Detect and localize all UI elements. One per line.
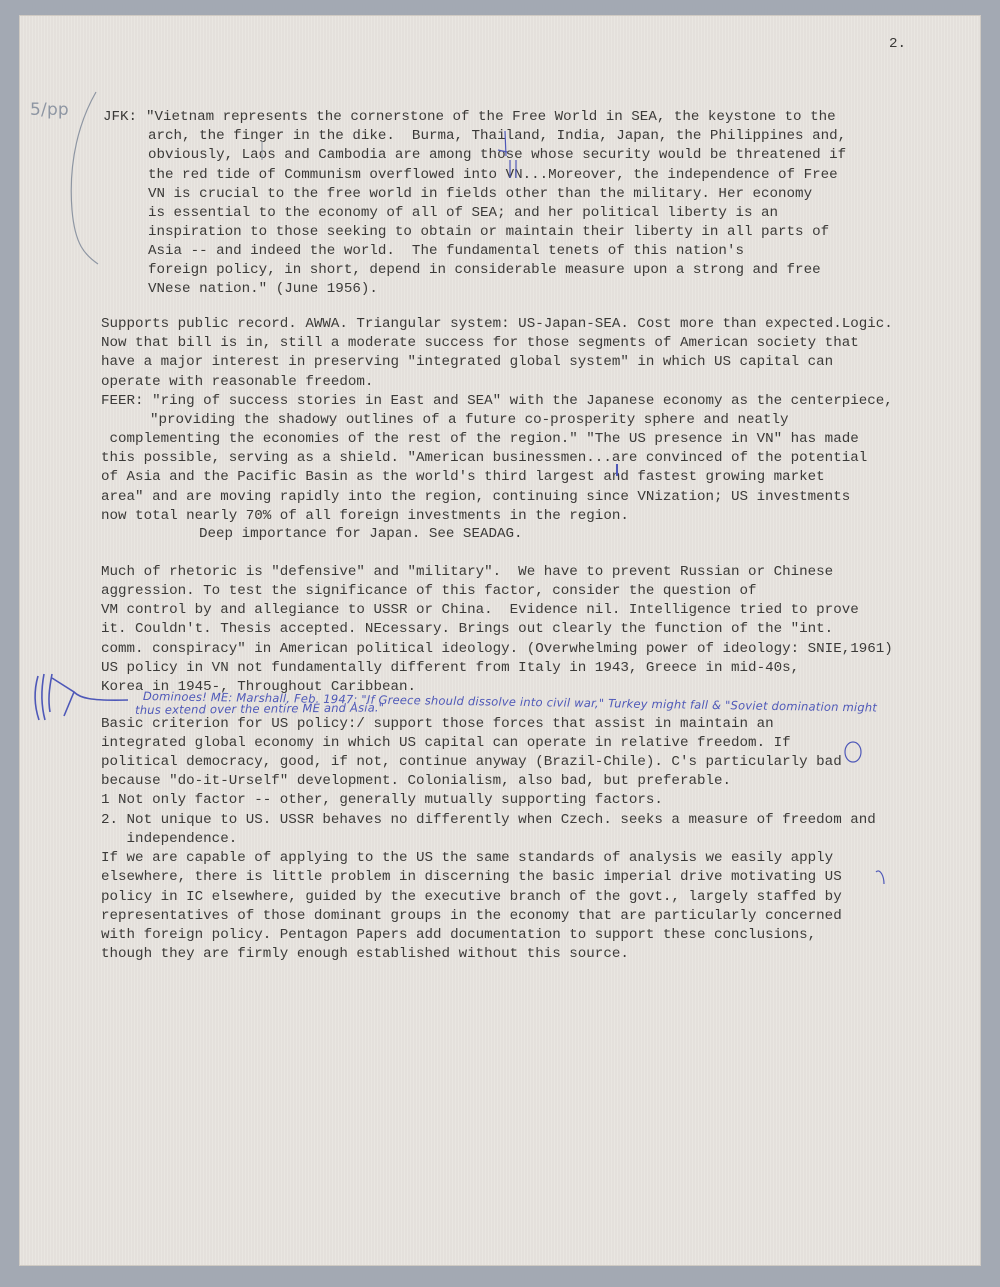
text-line: of Asia and the Pacific Basin as the wor… [101, 468, 825, 487]
text-line: Now that bill is in, still a moderate su… [101, 334, 859, 353]
text-line: 2. Not unique to US. USSR behaves no dif… [101, 811, 876, 830]
text-line: integrated global economy in which US ca… [101, 734, 791, 753]
text-line: 1 Not only factor -- other, generally mu… [101, 791, 663, 810]
text-line: now total nearly 70% of all foreign inve… [101, 507, 629, 526]
text-line: because "do-it-Urself" development. Colo… [101, 772, 731, 791]
text-line: policy in IC elsewhere, guided by the ex… [101, 888, 842, 907]
text-line: Supports public record. AWWA. Triangular… [101, 315, 893, 334]
jfk-quote-line: inspiration to those seeking to obtain o… [148, 223, 829, 242]
text-line: area" and are moving rapidly into the re… [101, 488, 850, 507]
text-line: US policy in VN not fundamentally differ… [101, 659, 799, 678]
text-line: with foreign policy. Pentagon Papers add… [101, 926, 816, 945]
text-line: political democracy, good, if not, conti… [101, 753, 842, 772]
text-line: FEER: "ring of success stories in East a… [101, 392, 893, 411]
conclusion-paragraph: If we are capable of applying to the US … [0, 0, 17, 135]
text-line: have a major interest in preserving "int… [101, 353, 833, 372]
indented-text-line: Deep importance for Japan. See SEADAG. [199, 525, 523, 544]
page-number: 2. [889, 36, 906, 52]
text-line: representatives of those dominant groups… [101, 907, 842, 926]
text-line: this possible, serving as a shield. "Ame… [101, 449, 867, 468]
text-line: Much of rhetoric is "defensive" and "mil… [101, 563, 833, 582]
text-line: Basic criterion for US policy:/ support … [101, 715, 774, 734]
text-line: operate with reasonable freedom. [101, 373, 373, 392]
text-line: VM control by and allegiance to USSR or … [101, 601, 859, 620]
text-line: independence. [101, 830, 237, 849]
text-line: it. Couldn't. Thesis accepted. NEcessary… [101, 620, 833, 639]
jfk-quote-line: VNese nation." (June 1956). [148, 280, 378, 299]
text-line: complementing the economies of the rest … [101, 430, 859, 449]
text-line: comm. conspiracy" in American political … [101, 640, 893, 659]
jfk-quote-line: is essential to the economy of all of SE… [148, 204, 778, 223]
margin-note-pages: 5/pp [30, 100, 69, 120]
jfk-quote-line: foreign policy, in short, depend in cons… [148, 261, 821, 280]
jfk-speaker-label: JFK: [103, 108, 137, 127]
text-line: "providing the shadowy outlines of a fut… [150, 411, 789, 430]
jfk-quote-line: VN is crucial to the free world in field… [148, 185, 812, 204]
jfk-quote-line: arch, the finger in the dike. Burma, Tha… [148, 127, 846, 146]
jfk-quote-line: "Vietnam represents the cornerstone of t… [146, 108, 836, 127]
text-line: elsewhere, there is little problem in di… [101, 868, 842, 887]
text-line: though they are firmly enough establishe… [101, 945, 629, 964]
jfk-quote-line: Asia -- and indeed the world. The fundam… [148, 242, 744, 261]
text-line: If we are capable of applying to the US … [101, 849, 833, 868]
jfk-quote-line: the red tide of Communism overflowed int… [148, 166, 838, 185]
jfk-quote-line: obviously, Laos and Cambodia are among t… [148, 146, 846, 165]
text-line: aggression. To test the significance of … [101, 582, 757, 601]
